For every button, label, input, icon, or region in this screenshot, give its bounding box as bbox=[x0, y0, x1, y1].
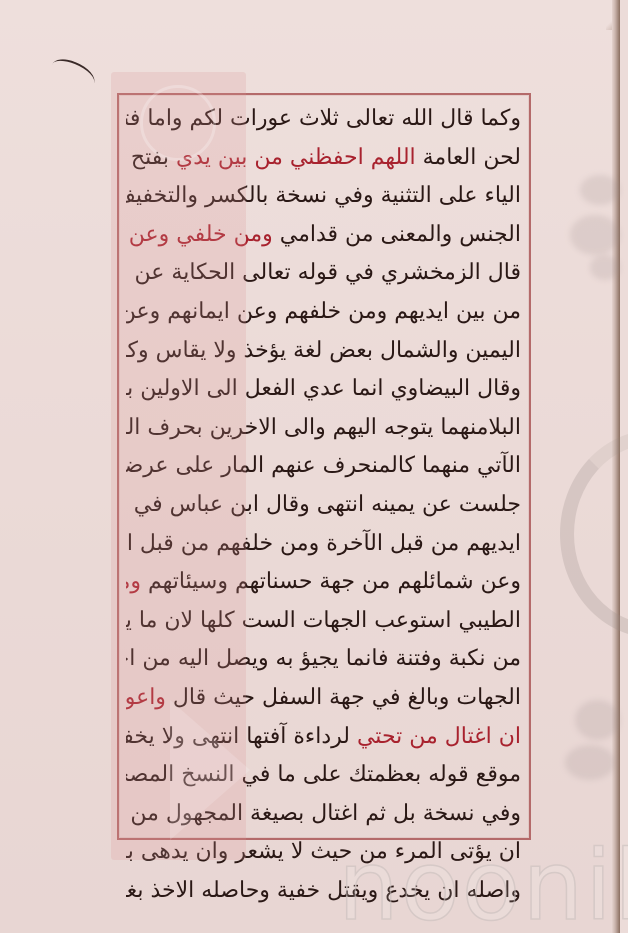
line-text: لحن العامة bbox=[416, 145, 521, 170]
line-text: الجنس والمعنى من قدامي bbox=[273, 222, 521, 247]
bleed-through-ornament bbox=[570, 215, 620, 255]
bleed-through-ornament bbox=[565, 745, 615, 780]
watermark-logo-icon bbox=[140, 85, 216, 161]
watermark-play-icon bbox=[170, 700, 250, 840]
rubric-text: ان اغتال من تحتي bbox=[357, 724, 521, 749]
bleed-through-ornament bbox=[590, 255, 620, 280]
brand-watermark: noonil bbox=[338, 838, 628, 933]
bleed-through-ornament bbox=[575, 700, 620, 740]
bleed-through-ornament bbox=[580, 175, 620, 205]
